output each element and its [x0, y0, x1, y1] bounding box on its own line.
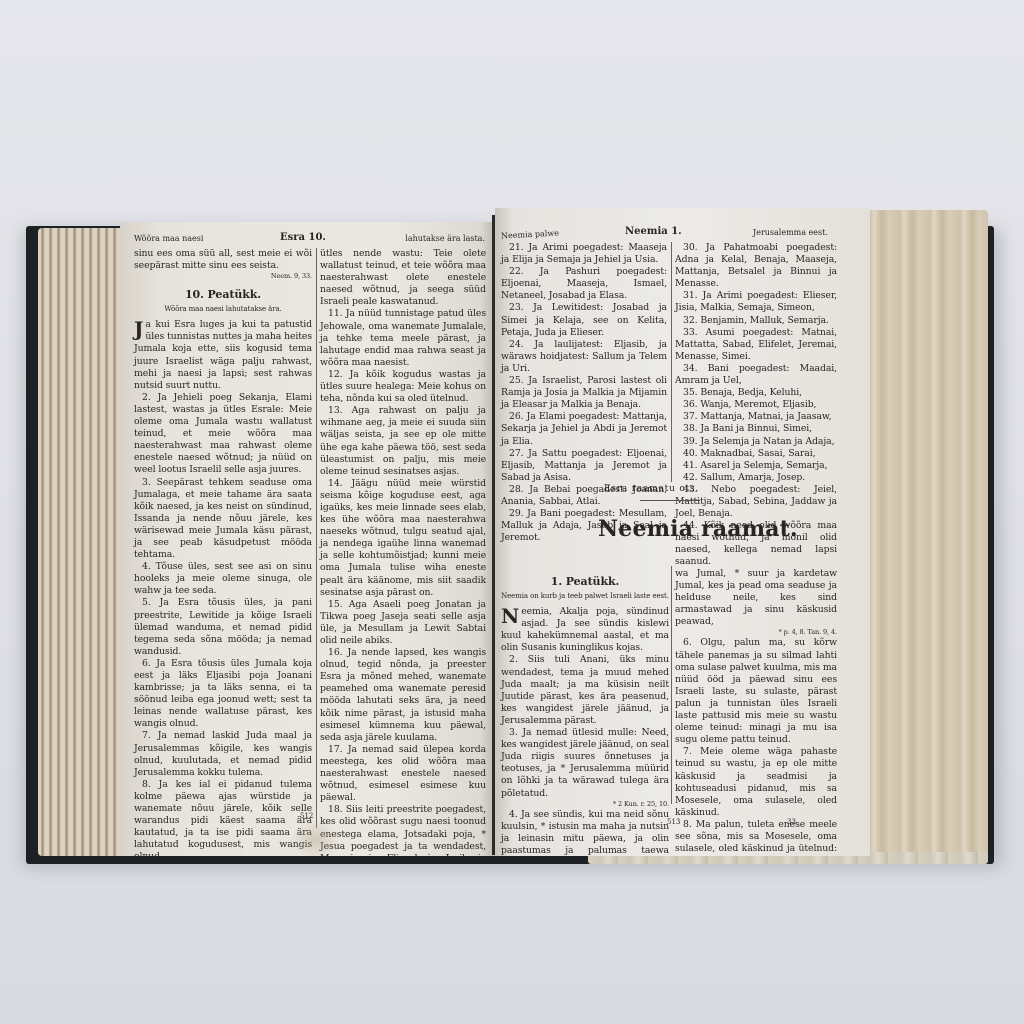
verse-text: sinu ees oma süü all, sest meie ei wõi s… [134, 248, 312, 272]
verse-text: 30. Ja Pahatmoabi poegadest: Adna ja Kel… [675, 242, 837, 290]
page-number: 513 [667, 818, 680, 826]
verse-text: 5. Ja Esra tõusis üles, ja pani preestri… [134, 597, 312, 657]
right-page-column-2-bottom: wa Jumal, * suur ja kardetaw Jumal, kes … [675, 568, 837, 856]
verse-text: 34. Bani poegadest: Maadai, Amram ja Uel… [675, 363, 837, 387]
column-rule [671, 242, 672, 482]
left-page-column-2: ütles nende wastu: Teie olete wallatust … [320, 248, 486, 856]
verse-text: 18. Siis leiti preestrite poegadest, kes… [320, 804, 486, 856]
verse-text: 14. Jäägu nüüd meie würstid seisma kõige… [320, 478, 486, 599]
right-page-column-1-bottom: 1. Peatükk. Neemia on kurb ja teeb palwe… [501, 568, 669, 856]
verse-text: 33. Asumi poegadest: Matnai, Mattatta, S… [675, 327, 837, 363]
signature-number: 33 [787, 818, 796, 826]
running-head-center: Esra 10. [280, 232, 326, 243]
verse-text: 3. Ja nemad ütlesid mulle: Need, kes wan… [501, 727, 669, 800]
verse-text: 21. Ja Arimi poegadest: Maaseja ja Elija… [501, 242, 667, 266]
running-head-left: Neemia palwe [501, 228, 559, 240]
verse-text: 27. Ja Sattu poegadest: Eljoenai, Eljasi… [501, 448, 667, 484]
verse-text: Neemia, Akalja poja, sündinud asjad. Ja … [501, 606, 669, 654]
footnote: * p. 4, 8. Tan. 9, 4. [675, 628, 837, 637]
verse-text: 16. Ja nende lapsed, kes wangis olnud, t… [320, 647, 486, 744]
verse-text: 8. Ma palun, tuleta enese meele see sõna… [675, 819, 837, 856]
verse-text: 2. Siis tuli Anani, üks minu wendadest, … [501, 654, 669, 727]
verse-text: 15. Aga Asaeli poeg Jonatan ja Tikwa poe… [320, 599, 486, 647]
right-page-column-1-top: 21. Ja Arimi poegadest: Maaseja ja Elija… [501, 242, 667, 544]
verse-text: 12. Ja kõik kogudus wastas ja ütles suur… [320, 369, 486, 405]
left-page-column-1: sinu ees oma süü all, sest meie ei wõi s… [134, 248, 312, 856]
verse-text: 35. Benaja, Bedja, Keluhi, [675, 387, 837, 399]
running-head-center: Neemia 1. [625, 226, 682, 237]
running-head-right: Jerusalemma eest. [753, 228, 828, 237]
running-head-left: Wõõra maa naesi [134, 234, 203, 243]
verse-text: 7. Meie oleme wäga pahaste teinud su was… [675, 746, 837, 819]
book-end-note: Esra raamatu ots. [604, 484, 699, 494]
chapter-heading: 1. Peatükk. [501, 576, 669, 588]
verse-text: wa Jumal, * suur ja kardetaw Jumal, kes … [675, 568, 837, 628]
book-title: Neemia raamat. [598, 516, 798, 542]
verse-text: 40. Maknadbai, Sasai, Sarai, [675, 448, 837, 460]
verse-text: 2. Ja Jehieli poeg Sekanja, Elami lastes… [134, 392, 312, 477]
verse-text: 3. Seepärast tehkem seaduse oma Jumalaga… [134, 477, 312, 562]
verse-text: Ja kui Esra luges ja kui ta patustid üle… [134, 319, 312, 392]
verse-text: 23. Ja Lewitidest: Josabad ja Simei ja K… [501, 302, 667, 338]
verse-text: 4. Tõuse üles, sest see asi on sinu hool… [134, 561, 312, 597]
verse-text: 6. Ja Esra tõusis üles Jumala koja eest … [134, 658, 312, 731]
verse-text: 36. Wanja, Meremot, Eljasib, [675, 399, 837, 411]
page-edges-right [860, 210, 988, 855]
verse-text: 13. Aga rahwast on palju ja wihmane aeg,… [320, 405, 486, 478]
verse-text: ütles nende wastu: Teie olete wallatust … [320, 248, 486, 308]
chapter-summary: Wõõra maa naesi lahutatakse ära. [134, 305, 312, 314]
column-rule [316, 248, 317, 828]
section-divider [640, 500, 700, 501]
verse-text: 31. Ja Arimi poegadest: Elieser, Jisia, … [675, 290, 837, 314]
verse-text: 6. Olgu, palun ma, su kõrw tähele panema… [675, 637, 837, 746]
verse-text: 42. Sallum, Amarja, Josep. [675, 472, 837, 484]
cross-reference: Neem. 9, 33. [134, 272, 312, 281]
verse-text: 32. Benjamin, Malluk, Semarja. [675, 315, 837, 327]
column-rule [671, 566, 672, 804]
verse-text: 25. Ja Israelist, Parosi lastest oli Ram… [501, 375, 667, 411]
verse-text: 41. Asarel ja Selemja, Semarja, [675, 460, 837, 472]
running-head-right: lahutakse ära lasta. [405, 234, 485, 243]
verse-text: 11. Ja nüüd tunnistage patud üles Jehowa… [320, 308, 486, 368]
verse-text: 43. Nebo poegadest: Jeiel, Mattitja, Sab… [675, 484, 837, 520]
footnote: * 2 Kun. r. 25, 10. [501, 800, 669, 809]
verse-text: 38. Ja Bani ja Binnui, Simei, [675, 423, 837, 435]
paper-stain [290, 820, 340, 856]
verse-text: 8. Ja kes ial ei pidanud tulema kolme pä… [134, 779, 312, 856]
verse-text: 26. Ja Elami poegadest: Mattanja, Sekarj… [501, 411, 667, 447]
left-page: Wõõra maa naesi Esra 10. lahutakse ära l… [120, 222, 495, 856]
verse-text: 4. Ja see sündis, kui ma neid sõnu kuuls… [501, 809, 669, 856]
chapter-summary: Neemia on kurb ja teeb palwet Israeli la… [501, 592, 669, 601]
verse-text: 7. Ja nemad laskid Juda maal ja Jerusale… [134, 730, 312, 778]
page-number: 512 [300, 812, 313, 820]
verse-text: 17. Ja nemad said ülepea korda meestega,… [320, 744, 486, 804]
verse-text: 37. Mattanja, Matnai, ja Jaasaw, [675, 411, 837, 423]
verse-text: 22. Ja Pashuri poegadest: Eljoenai, Maas… [501, 266, 667, 302]
chapter-heading: 10. Peatükk. [134, 289, 312, 301]
verse-text: 39. Ja Selemja ja Natan ja Adaja, [675, 436, 837, 448]
verse-text: 24. Ja laulijatest: Eljasib, ja wäraws h… [501, 339, 667, 375]
